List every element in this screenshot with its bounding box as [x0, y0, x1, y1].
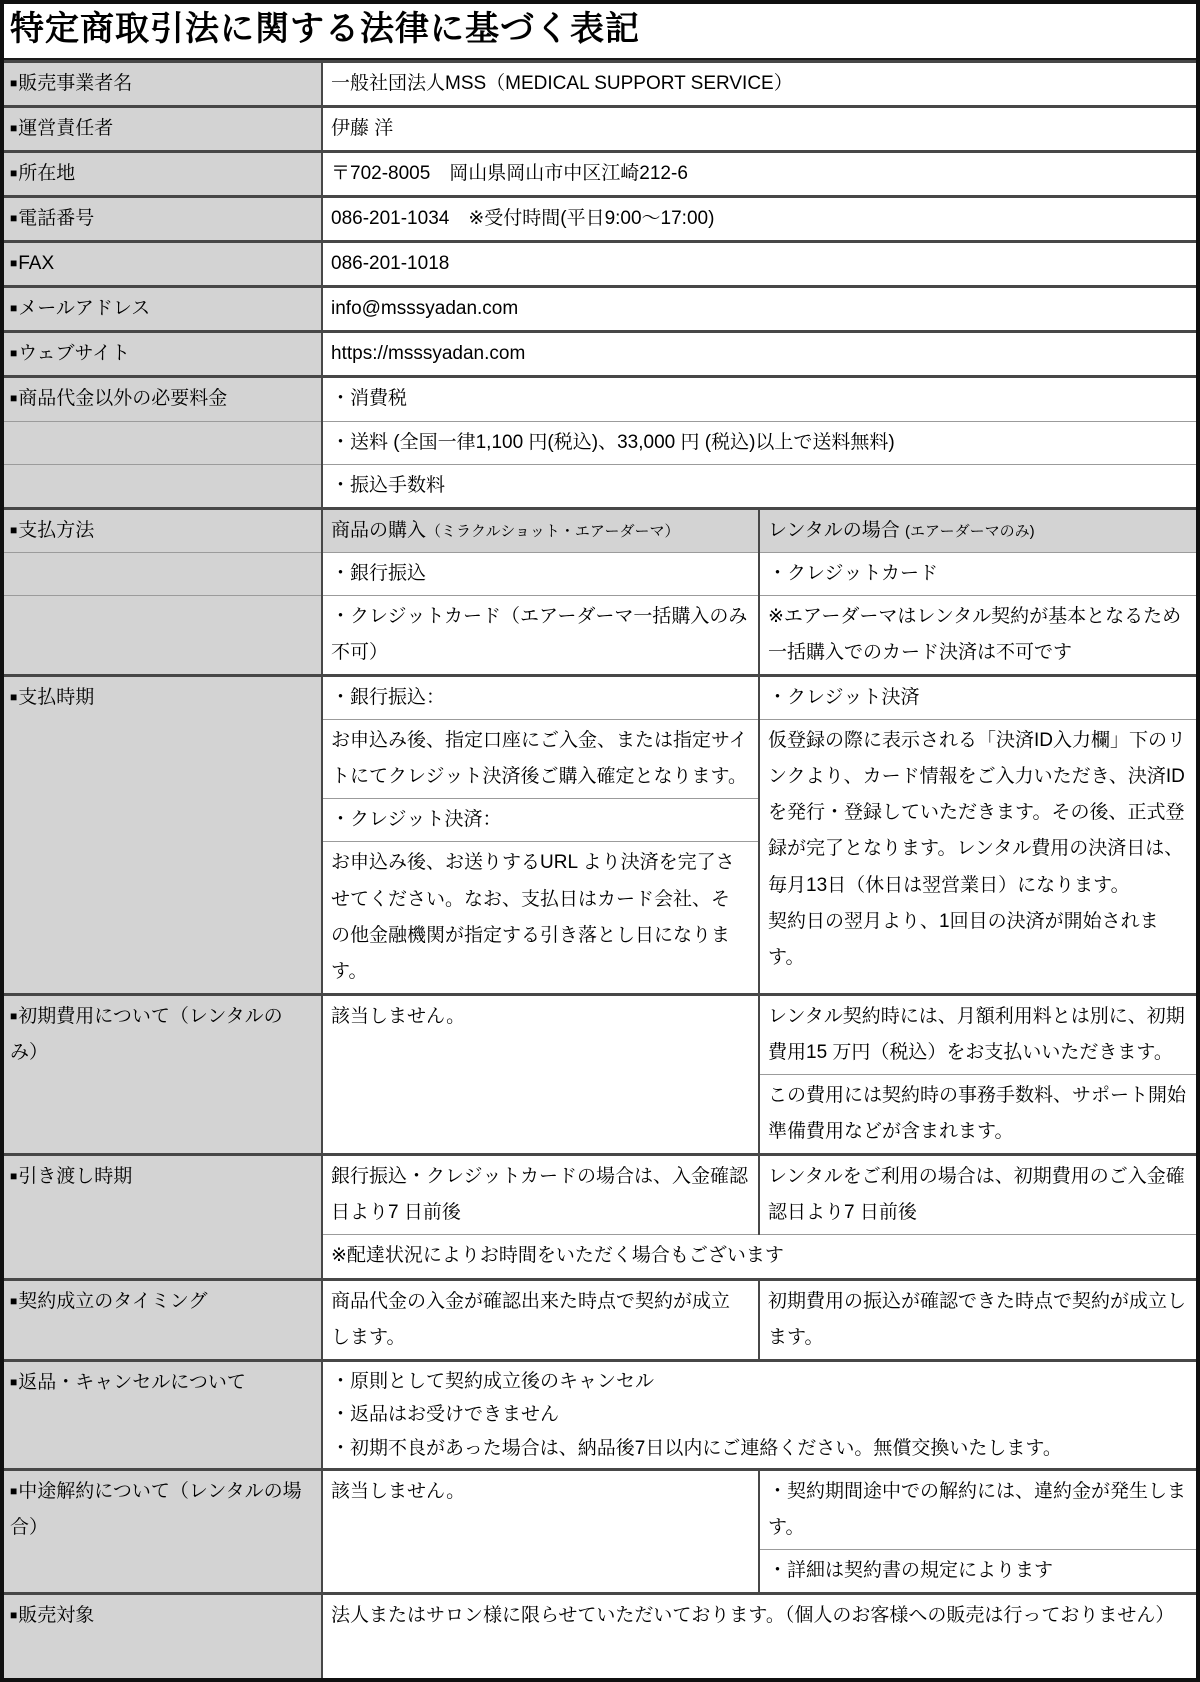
rental-header-note: (エアーダーマのみ)	[905, 523, 1035, 540]
tel-value: 086-201-1034 ※受付時間(平日9:00〜17:00)	[322, 197, 1196, 242]
square-bullet-icon: ■	[10, 76, 18, 90]
row-returns: ■返品・キャンセルについて ・原則として契約成立後のキャンセル ・返品はお受けで…	[4, 1360, 1196, 1469]
rental-method-note: ※エアーダーマはレンタル契約が基本となるため一括購入でのカード決済は不可です	[759, 595, 1196, 675]
square-bullet-icon: ■	[10, 523, 18, 537]
payment-timing-purchase-body1: お申込み後、指定口座にご入金、または指定サイトにてクレジット決済後ご購入確定とな…	[322, 720, 759, 799]
purchase-method-item: ・銀行振込	[322, 552, 759, 595]
manager-label: 運営責任者	[18, 118, 113, 139]
row-extra-fees-2: ・送料 (全国一律1,100 円(税込)、33,000 円 (税込)以上で送料無…	[4, 421, 1196, 464]
initial-fee-label: 初期費用について（レンタルのみ）	[10, 1006, 283, 1063]
square-bullet-icon: ■	[10, 1009, 18, 1023]
sales-target-label: 販売対象	[18, 1605, 94, 1626]
purchase-column-header: 商品の購入（ミラクルショット・エアーダーマ）	[322, 508, 759, 552]
empty-label-cell	[4, 421, 322, 464]
extra-fees-item: ・送料 (全国一律1,100 円(税込)、33,000 円 (税込)以上で送料無…	[322, 421, 1196, 464]
delivery-label-cell: ■引き渡し時期	[4, 1155, 322, 1279]
row-payment-methods-1: ・銀行振込 ・クレジットカード	[4, 552, 1196, 595]
square-bullet-icon: ■	[10, 690, 18, 704]
cancellation-label: 中途解約について（レンタルの場合）	[10, 1481, 302, 1538]
address-label-cell: ■所在地	[4, 151, 322, 196]
row-payment-methods-2: ・クレジットカード（エアーダーマ一括購入のみ不可） ※エアーダーマはレンタル契約…	[4, 595, 1196, 675]
square-bullet-icon: ■	[10, 166, 18, 180]
email-label: メールアドレス	[18, 298, 150, 319]
purchase-method-item: ・クレジットカード（エアーダーマ一括購入のみ不可）	[322, 595, 759, 675]
row-extra-fees-1: ■商品代金以外の必要料金 ・消費税	[4, 377, 1196, 421]
purchase-header-text: 商品の購入	[331, 520, 426, 541]
row-email: ■メールアドレス info@msssyadan.com	[4, 287, 1196, 332]
initial-fee-label-cell: ■初期費用について（レンタルのみ）	[4, 994, 322, 1154]
returns-item: ・原則として契約成立後のキャンセル	[331, 1365, 1186, 1398]
contract-purchase: 商品代金の入金が確認出来た時点で契約が成立します。	[322, 1279, 759, 1360]
row-website: ■ウェブサイト https://msssyadan.com	[4, 332, 1196, 377]
square-bullet-icon: ■	[10, 211, 18, 225]
rental-method-item: ・クレジットカード	[759, 552, 1196, 595]
page-title: 特定商取引法に関する法律に基づく表記	[4, 4, 1196, 60]
seller-label: 販売事業者名	[18, 73, 132, 94]
row-payment-methods-header: ■支払方法 商品の購入（ミラクルショット・エアーダーマ） レンタルの場合 (エア…	[4, 508, 1196, 552]
row-sales-target: ■販売対象 法人またはサロン様に限らせていただいております。（個人のお客様への販…	[4, 1594, 1196, 1680]
delivery-label: 引き渡し時期	[18, 1166, 132, 1187]
square-bullet-icon: ■	[10, 346, 18, 360]
payment-timing-rental-body: 仮登録の際に表示される「決済ID入力欄」下のリンクより、カード情報をご入力いただ…	[759, 720, 1196, 995]
extra-fees-item: ・消費税	[322, 377, 1196, 421]
manager-value: 伊藤 洋	[322, 106, 1196, 151]
row-fax: ■FAX 086-201-1018	[4, 242, 1196, 287]
purchase-header-note: （ミラクルショット・エアーダーマ）	[426, 523, 679, 540]
row-extra-fees-3: ・振込手数料	[4, 464, 1196, 508]
square-bullet-icon: ■	[10, 121, 18, 135]
fax-value: 086-201-1018	[322, 242, 1196, 287]
seller-label-cell: ■販売事業者名	[4, 61, 322, 106]
cancellation-purchase: 該当しません。	[322, 1470, 759, 1594]
row-contract: ■契約成立のタイミング 商品代金の入金が確認出来た時点で契約が成立します。 初期…	[4, 1279, 1196, 1360]
row-payment-timing-1: ■支払時期 ・銀行振込： ・クレジット決済	[4, 676, 1196, 720]
row-manager: ■運営責任者 伊藤 洋	[4, 106, 1196, 151]
disclosure-table: ■販売事業者名 一般社団法人MSS（MEDICAL SUPPORT SERVIC…	[4, 60, 1196, 1680]
row-cancellation-1: ■中途解約について（レンタルの場合） 該当しません。 ・契約期間途中での解約には…	[4, 1470, 1196, 1550]
extra-fees-label-cell: ■商品代金以外の必要料金	[4, 377, 322, 421]
seller-value: 一般社団法人MSS（MEDICAL SUPPORT SERVICE）	[322, 61, 1196, 106]
email-label-cell: ■メールアドレス	[4, 287, 322, 332]
square-bullet-icon: ■	[10, 1484, 18, 1498]
payment-methods-label-cell: ■支払方法	[4, 508, 322, 552]
cancellation-rental-item: ・契約期間途中での解約には、違約金が発生します。	[759, 1470, 1196, 1550]
returns-items-cell: ・原則として契約成立後のキャンセル ・返品はお受けできません ・初期不良があった…	[322, 1360, 1196, 1469]
square-bullet-icon: ■	[10, 1169, 18, 1183]
returns-item: ・初期不良があった場合は、納品後7日以内にご連絡ください。無償交換いたします。	[331, 1432, 1186, 1465]
rental-column-header: レンタルの場合 (エアーダーマのみ)	[759, 508, 1196, 552]
address-value: 〒702-8005 岡山県岡山市中区江崎212-6	[322, 151, 1196, 196]
cancellation-label-cell: ■中途解約について（レンタルの場合）	[4, 1470, 322, 1594]
cancellation-rental-item: ・詳細は契約書の規定によります	[759, 1550, 1196, 1594]
square-bullet-icon: ■	[10, 1294, 18, 1308]
square-bullet-icon: ■	[10, 301, 18, 315]
initial-fee-rental-item: レンタル契約時には、月額利用料とは別に、初期費用15 万円（税込）をお支払いいた…	[759, 994, 1196, 1074]
payment-timing-purchase-head1: ・銀行振込：	[322, 676, 759, 720]
empty-label-cell	[4, 464, 322, 508]
payment-timing-purchase-head2: ・クレジット決済：	[322, 799, 759, 842]
contract-label: 契約成立のタイミング	[18, 1291, 207, 1312]
email-value: info@msssyadan.com	[322, 287, 1196, 332]
empty-label-cell	[4, 552, 322, 595]
row-address: ■所在地 〒702-8005 岡山県岡山市中区江崎212-6	[4, 151, 1196, 196]
tel-label: 電話番号	[18, 208, 94, 229]
delivery-note: ※配達状況によりお時間をいただく場合もございます	[322, 1235, 1196, 1279]
row-seller: ■販売事業者名 一般社団法人MSS（MEDICAL SUPPORT SERVIC…	[4, 61, 1196, 106]
website-value: https://msssyadan.com	[322, 332, 1196, 377]
payment-timing-purchase-body2: お申込み後、お送りするURL より決済を完了させてください。なお、支払日はカード…	[322, 842, 759, 994]
fax-label: FAX	[18, 253, 54, 274]
extra-fees-item: ・振込手数料	[322, 464, 1196, 508]
payment-timing-label: 支払時期	[18, 687, 94, 708]
square-bullet-icon: ■	[10, 1375, 18, 1389]
fax-label-cell: ■FAX	[4, 242, 322, 287]
manager-label-cell: ■運営責任者	[4, 106, 322, 151]
initial-fee-rental-item: この費用には契約時の事務手数料、サポート開始準備費用などが含まれます。	[759, 1075, 1196, 1155]
legal-disclosure-page: 特定商取引法に関する法律に基づく表記 ■販売事業者名 一般社団法人MSS（MED…	[0, 0, 1200, 1682]
delivery-rental: レンタルをご利用の場合は、初期費用のご入金確認日より7 日前後	[759, 1155, 1196, 1235]
empty-label-cell	[4, 595, 322, 675]
row-tel: ■電話番号 086-201-1034 ※受付時間(平日9:00〜17:00)	[4, 197, 1196, 242]
square-bullet-icon: ■	[10, 1608, 18, 1622]
tel-label-cell: ■電話番号	[4, 197, 322, 242]
returns-label-cell: ■返品・キャンセルについて	[4, 1360, 322, 1469]
square-bullet-icon: ■	[10, 391, 18, 405]
address-label: 所在地	[18, 163, 75, 184]
website-label-cell: ■ウェブサイト	[4, 332, 322, 377]
returns-label: 返品・キャンセルについて	[18, 1372, 246, 1393]
payment-timing-rental-head: ・クレジット決済	[759, 676, 1196, 720]
square-bullet-icon: ■	[10, 256, 18, 270]
contract-label-cell: ■契約成立のタイミング	[4, 1279, 322, 1360]
rental-header-text: レンタルの場合	[768, 520, 900, 541]
payment-timing-label-cell: ■支払時期	[4, 676, 322, 995]
website-label: ウェブサイト	[18, 343, 130, 364]
delivery-purchase: 銀行振込・クレジットカードの場合は、入金確認日より7 日前後	[322, 1155, 759, 1235]
extra-fees-label: 商品代金以外の必要料金	[18, 388, 227, 409]
sales-target-value: 法人またはサロン様に限らせていただいております。（個人のお客様への販売は行ってお…	[322, 1594, 1196, 1680]
row-delivery-1: ■引き渡し時期 銀行振込・クレジットカードの場合は、入金確認日より7 日前後 レ…	[4, 1155, 1196, 1235]
row-initial-fee-1: ■初期費用について（レンタルのみ） 該当しません。 レンタル契約時には、月額利用…	[4, 994, 1196, 1074]
payment-methods-label: 支払方法	[18, 520, 94, 541]
initial-fee-purchase: 該当しません。	[322, 994, 759, 1154]
sales-target-label-cell: ■販売対象	[4, 1594, 322, 1680]
contract-rental: 初期費用の振込が確認できた時点で契約が成立します。	[759, 1279, 1196, 1360]
returns-item: ・返品はお受けできません	[331, 1398, 1186, 1431]
